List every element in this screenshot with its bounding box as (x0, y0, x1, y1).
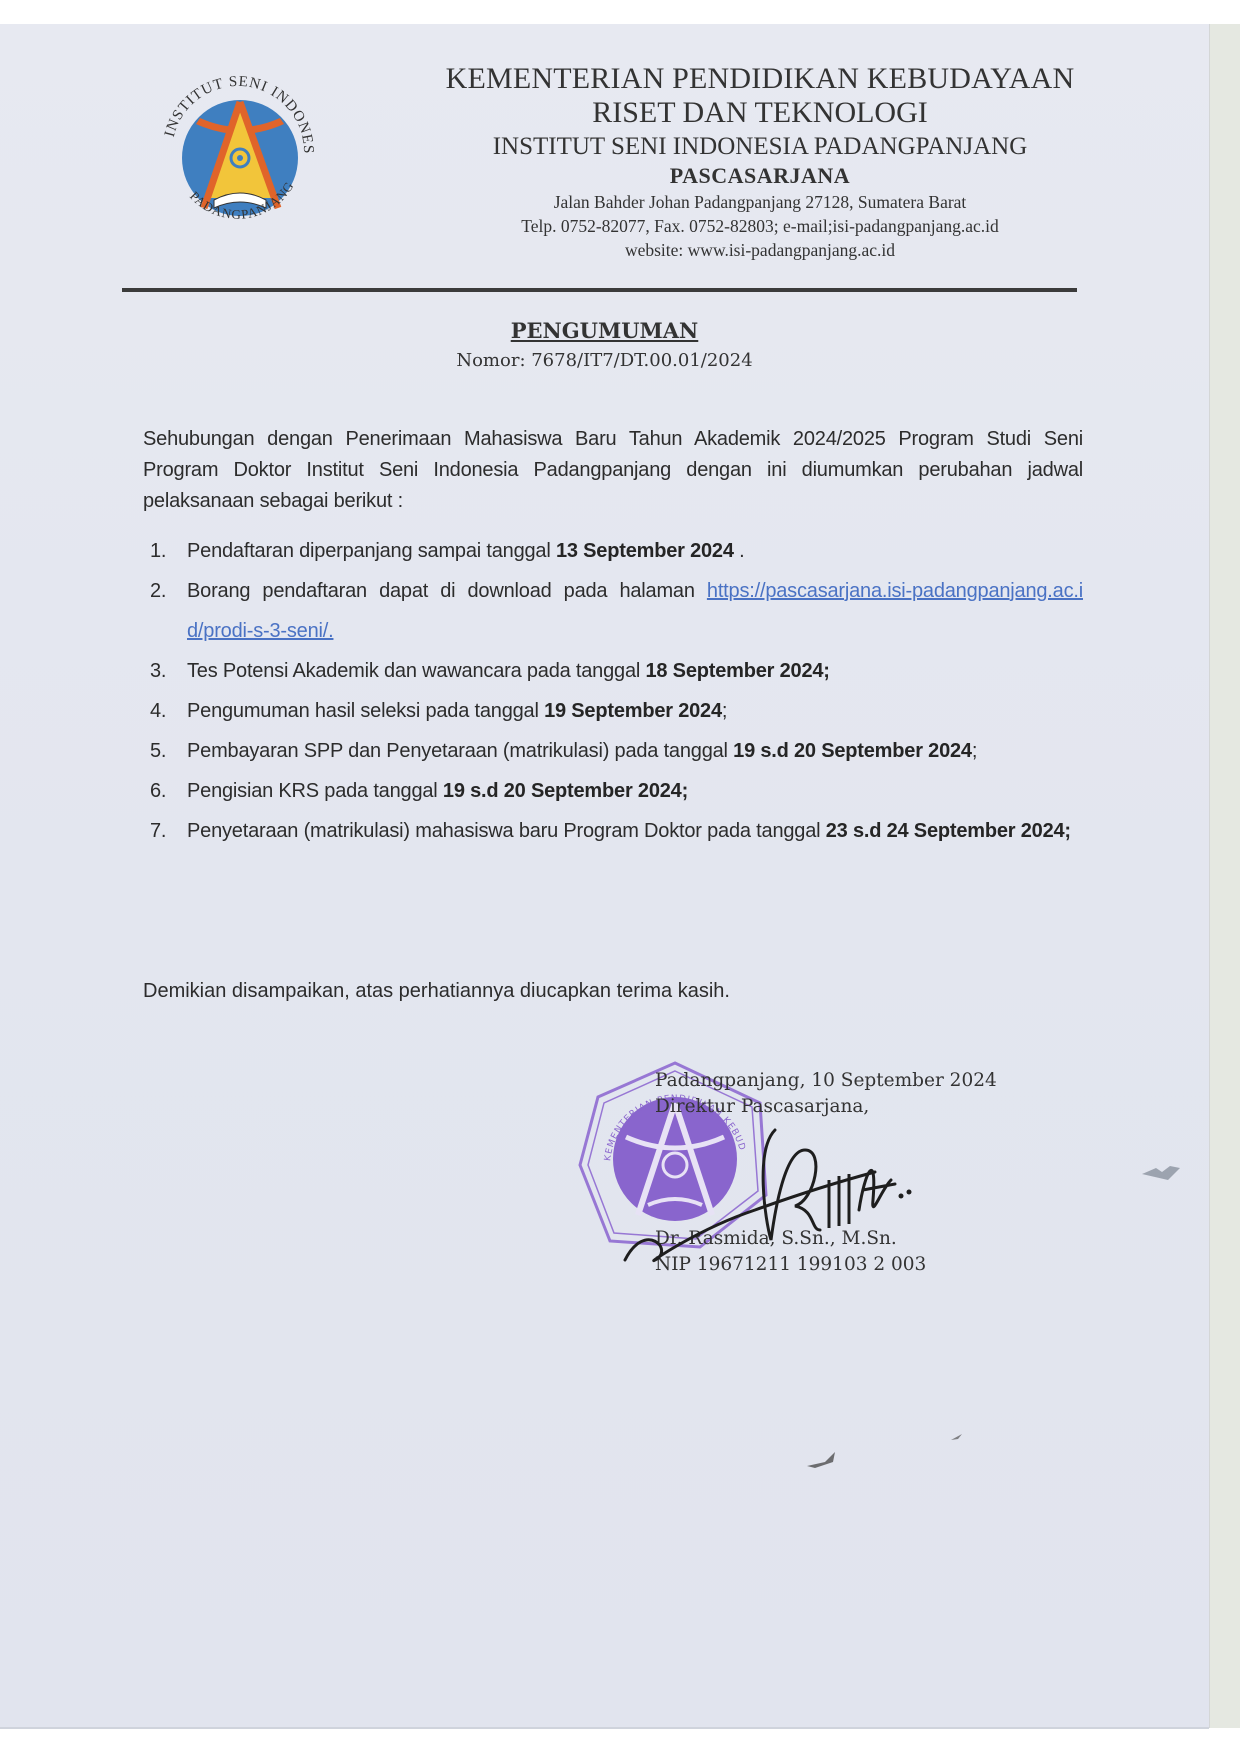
schedule-list: 1. Pendaftaran diperpanjang sampai tangg… (143, 531, 1083, 851)
institution-logo-icon: INSTITUT SENI INDONESIA PADANGPANJANG (148, 58, 324, 234)
date: 19 s.d 20 September 2024; (443, 780, 688, 802)
website: website: www.isi-padangpanjang.ac.id (380, 238, 1140, 262)
scan-speck (950, 1432, 964, 1442)
date: 18 September 2024; (645, 660, 829, 682)
date: 23 s.d 24 September 2024; (826, 820, 1071, 842)
scan-speck (1140, 1160, 1184, 1186)
list-item: 7. Penyetaraan (matrikulasi) mahasiswa b… (143, 811, 1083, 851)
closing-sentence: Demikian disampaikan, atas perhatiannya … (143, 980, 730, 1003)
place-and-date: Padangpanjang, 10 September 2024 (655, 1070, 997, 1091)
date: 13 September 2024 (556, 540, 734, 562)
list-item: 4. Pengumuman hasil seleksi pada tanggal… (143, 691, 1083, 731)
list-item: 3. Tes Potensi Akademik dan wawancara pa… (143, 651, 1083, 691)
list-item: 5. Pembayaran SPP dan Penyetaraan (matri… (143, 731, 1083, 771)
letterhead: KEMENTERIAN PENDIDIKAN KEBUDAYAAN RISET … (380, 62, 1140, 262)
scanned-page (0, 24, 1209, 1728)
unit-name: PASCASARJANA (380, 162, 1140, 190)
institution-name: INSTITUT SENI INDONESIA PADANGPANJANG (380, 132, 1140, 162)
scanner-edge (1209, 24, 1240, 1728)
date: 19 September 2024 (544, 700, 722, 722)
list-item: 6. Pengisian KRS pada tanggal 19 s.d 20 … (143, 771, 1083, 811)
letterhead-divider (122, 288, 1077, 292)
announcement-title: PENGUMUMAN (0, 318, 1209, 343)
list-item: 2. Borang pendaftaran dapat di download … (143, 571, 1083, 651)
list-item: 1. Pendaftaran diperpanjang sampai tangg… (143, 531, 1083, 571)
date: 19 s.d 20 September 2024 (733, 740, 972, 762)
ministry-name-line2: RISET DAN TEKNOLOGI (380, 96, 1140, 130)
scan-speck (805, 1450, 839, 1470)
page-bottom-edge (0, 1727, 1209, 1729)
announcement-number: Nomor: 7678/IT7/DT.00.01/2024 (0, 350, 1209, 371)
ministry-name-line1: KEMENTERIAN PENDIDIKAN KEBUDAYAAN (380, 62, 1140, 96)
contact-info: Telp. 0752-82077, Fax. 0752-82803; e-mai… (380, 214, 1140, 238)
address: Jalan Bahder Johan Padangpanjang 27128, … (380, 190, 1140, 214)
handwritten-signature-icon (615, 1110, 915, 1270)
intro-paragraph: Sehubungan dengan Penerimaan Mahasiswa B… (143, 424, 1083, 517)
